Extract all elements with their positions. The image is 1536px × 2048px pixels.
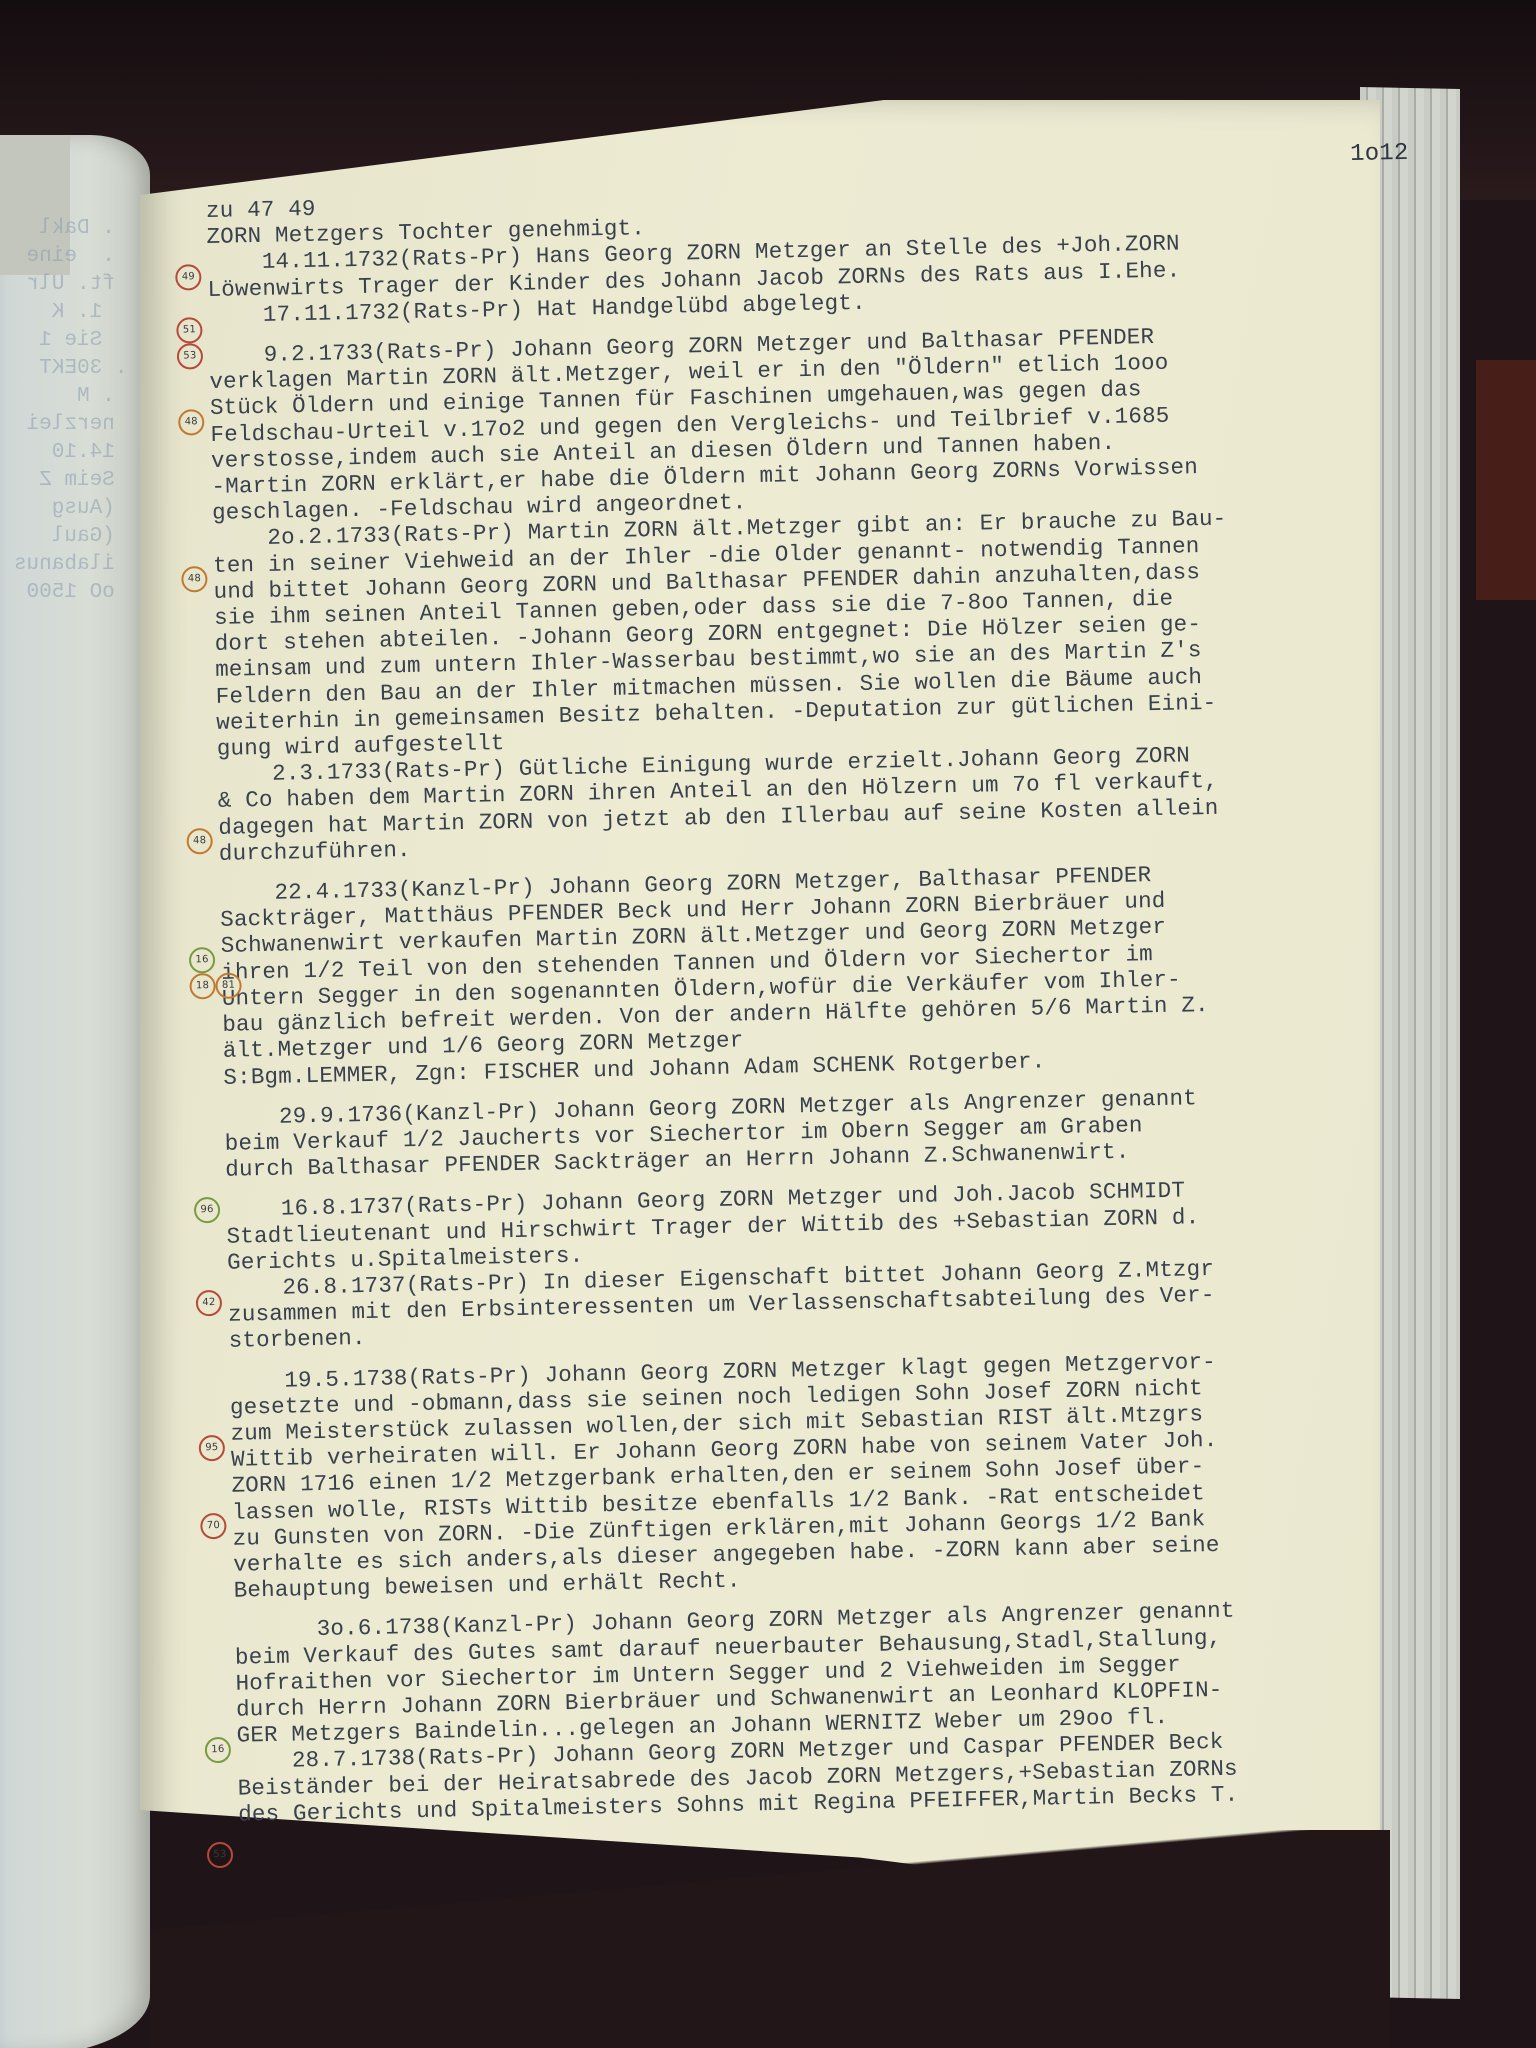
ghost-line: (Ausg <box>10 495 140 523</box>
background-red-object <box>1476 360 1536 600</box>
ghost-line: . M <box>10 383 140 411</box>
ghost-line: Seim Z <box>10 467 140 495</box>
ghost-line: oO 1500 <box>10 579 140 607</box>
ghost-line: 1. K <box>10 299 140 327</box>
ghost-line: 14.10 <box>10 439 140 467</box>
ghost-line: nerzlei <box>10 411 140 439</box>
typed-document: 1o12 zu 47 49ZORN Metzgers Tochter geneh… <box>205 136 1418 1827</box>
page-number: 1o12 <box>1350 141 1409 168</box>
ghost-line: . eine <box>10 243 140 271</box>
left-page: . Dakl . eine ft. Ulr 1. K Sie 1 . 30EKT… <box>0 135 150 2048</box>
ghost-line: . 30EKT <box>10 355 140 383</box>
left-page-bleed-text: . Dakl . eine ft. Ulr 1. K Sie 1 . 30EKT… <box>10 215 140 607</box>
ghost-line: Sie 1 <box>10 327 140 355</box>
ghost-line: . Dakl <box>10 215 140 243</box>
ghost-line: ilabanus <box>10 551 140 579</box>
document-body: zu 47 49ZORN Metzgers Tochter genehmigt.… <box>206 174 1418 1827</box>
desk-surface <box>150 1830 1390 2048</box>
ghost-line: (Gaul <box>10 523 140 551</box>
ghost-line: ft. Ulr <box>10 271 140 299</box>
